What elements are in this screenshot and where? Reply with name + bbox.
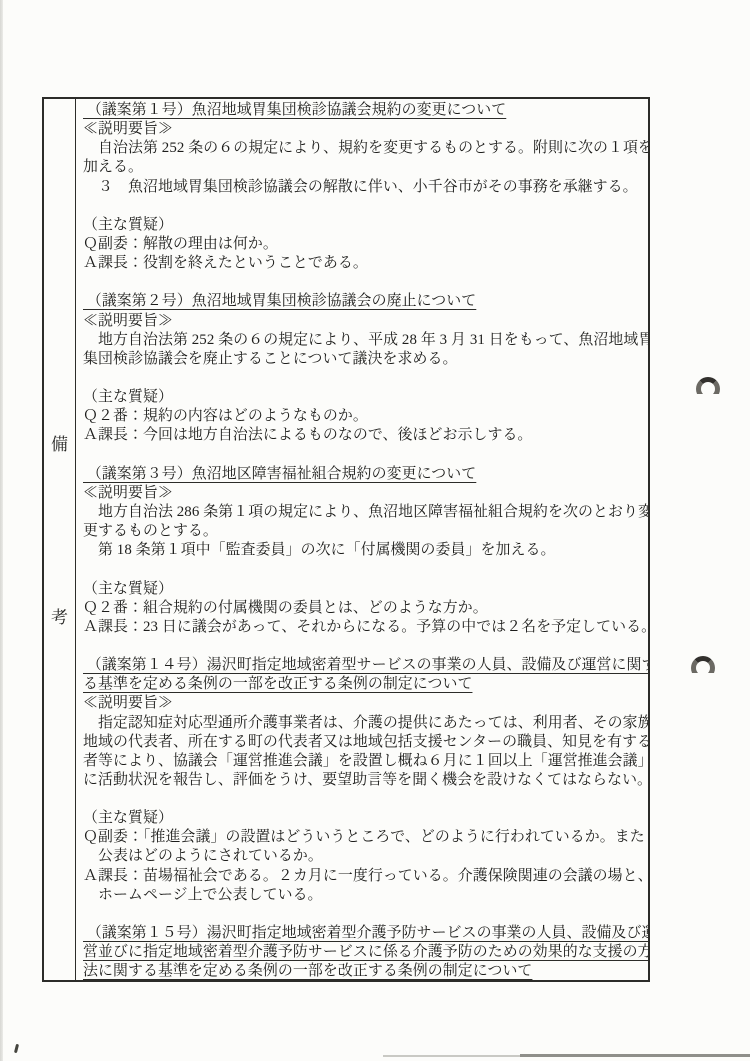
minutes-content: （議案第１号）魚沼地域胃集団検診協議会規約の変更について≪説明要旨≫ 自治法第 …: [76, 99, 648, 980]
agenda-heading-line: 法に関する基準を定める条例の一部を改正する条例の制定について: [83, 962, 647, 980]
document-text-line: 第 18 条第１項中「監査委員」の次に「付属機関の委員」を加える。: [83, 541, 647, 560]
document-text-line: Ａ課長：苗場福祉会である。２カ月に一度行っている。介護保険関連の会議の場と、: [83, 867, 647, 886]
blank-line: [83, 273, 647, 292]
document-text-line: 地方自治法第 252 条の６の規定により、平成 28 年 3 月 31 日をもっ…: [83, 331, 647, 350]
punch-hole-shadow-top: [695, 375, 721, 394]
document-text-line: 公表はどのようにされているか。: [83, 847, 647, 866]
document-text-line: 加える。: [83, 158, 647, 177]
agenda-heading-line: （議案第１号）魚沼地域胃集団検診協議会規約の変更について: [83, 101, 647, 120]
document-text-line: Ｑ２番：規約の内容はどのようなものか。: [83, 407, 647, 426]
document-text-line: 更するものとする。: [83, 522, 647, 541]
document-text-line: 地方自治法 286 条第１項の規定により、魚沼地区障害福祉組合規約を次のとおり変: [83, 503, 647, 522]
punch-hole-shadow-bottom: [690, 654, 716, 673]
document-text-line: 地域の代表者、所在する町の代表者又は地域包括支援センターの職員、知見を有する: [83, 733, 647, 752]
document-text-line: ≪説明要旨≫: [83, 120, 647, 139]
blank-line: [83, 369, 647, 388]
blank-line: [83, 197, 647, 216]
blank-line: [83, 560, 647, 579]
remarks-label-char-bottom: 考: [44, 603, 75, 628]
blank-line: [83, 637, 647, 656]
document-text-line: Ａ課長：今回は地方自治法によるものなので、後ほどお示しする。: [83, 426, 647, 445]
minutes-table: 備 考 （議案第１号）魚沼地域胃集団検診協議会規約の変更について≪説明要旨≫ 自…: [42, 97, 650, 982]
document-text-line: 自治法第 252 条の６の規定により、規約を変更するものとする。附則に次の１項を: [83, 139, 647, 158]
document-text-line: ３ 魚沼地域胃集団検診協議会の解散に伴い、小千谷市がその事務を承継する。: [83, 178, 647, 197]
agenda-heading-line: る基準を定める条例の一部を改正する条例の制定について: [83, 675, 647, 694]
document-text-line: Ｑ２番：組合規約の付属機関の委員とは、どのような方か。: [83, 599, 647, 618]
document-text-line: （主な質疑）: [83, 809, 647, 828]
document-text-line: （主な質疑）: [83, 388, 647, 407]
agenda-heading-line: （議案第３号）魚沼地区障害福祉組合規約の変更について: [83, 465, 647, 484]
scanned-page: 備 考 （議案第１号）魚沼地域胃集団検診協議会規約の変更について≪説明要旨≫ 自…: [0, 0, 750, 1061]
document-text-line: 者等により、協議会「運営推進会議」を設置し概ね６月に１回以上「運営推進会議」: [83, 752, 647, 771]
document-text-line: ≪説明要旨≫: [83, 312, 647, 331]
scan-edge-artifact: [0, 0, 3, 1061]
document-text-line: Ｑ副委：解散の理由は何か。: [83, 235, 647, 254]
document-text-line: （主な質疑）: [83, 216, 647, 235]
document-text-line: Ａ課長：役割を終えたということである。: [83, 254, 647, 273]
agenda-heading-line: （議案第１４号）湯沢町指定地域密着型サービスの事業の人員、設備及び運営に関す: [83, 656, 647, 675]
blank-line: [83, 446, 647, 465]
document-text-line: ≪説明要旨≫: [83, 694, 647, 713]
agenda-heading-line: 営並びに指定地域密着型介護予防サービスに係る介護予防のための効果的な支援の方: [83, 943, 647, 962]
remarks-label-char-top: 備: [44, 430, 75, 455]
document-text-line: Ｑ副委：「推進会議」の設置はどういうところで、どのように行われているか。また: [83, 828, 647, 847]
blank-line: [83, 905, 647, 924]
document-text-line: ≪説明要旨≫: [83, 484, 647, 503]
agenda-heading-line: （議案第２号）魚沼地域胃集団検診協議会の廃止について: [83, 292, 647, 311]
document-text-line: （主な質疑）: [83, 580, 647, 599]
document-text-line: 集団検診協議会を廃止することについて議決を求める。: [83, 350, 647, 369]
scan-smudge-dark: [520, 1054, 750, 1057]
blank-line: [83, 790, 647, 809]
agenda-heading-line: （議案第１５号）湯沢町指定地域密着型介護予防サービスの事業の人員、設備及び運: [83, 924, 647, 943]
document-text-line: 指定認知症対応型通所介護事業者は、介護の提供にあたっては、利用者、その家族、: [83, 714, 647, 733]
remarks-column: 備 考: [44, 99, 76, 980]
document-text-line: Ａ課長：23 日に議会があって、それからになる。予算の中では２名を予定している。: [83, 618, 647, 637]
ink-speck: [14, 1044, 19, 1053]
document-text-line: ホームページ上で公表している。: [83, 886, 647, 905]
document-text-line: に活動状況を報告し、評価をうけ、要望助言等を聞く機会を設けなくてはならない。: [83, 771, 647, 790]
